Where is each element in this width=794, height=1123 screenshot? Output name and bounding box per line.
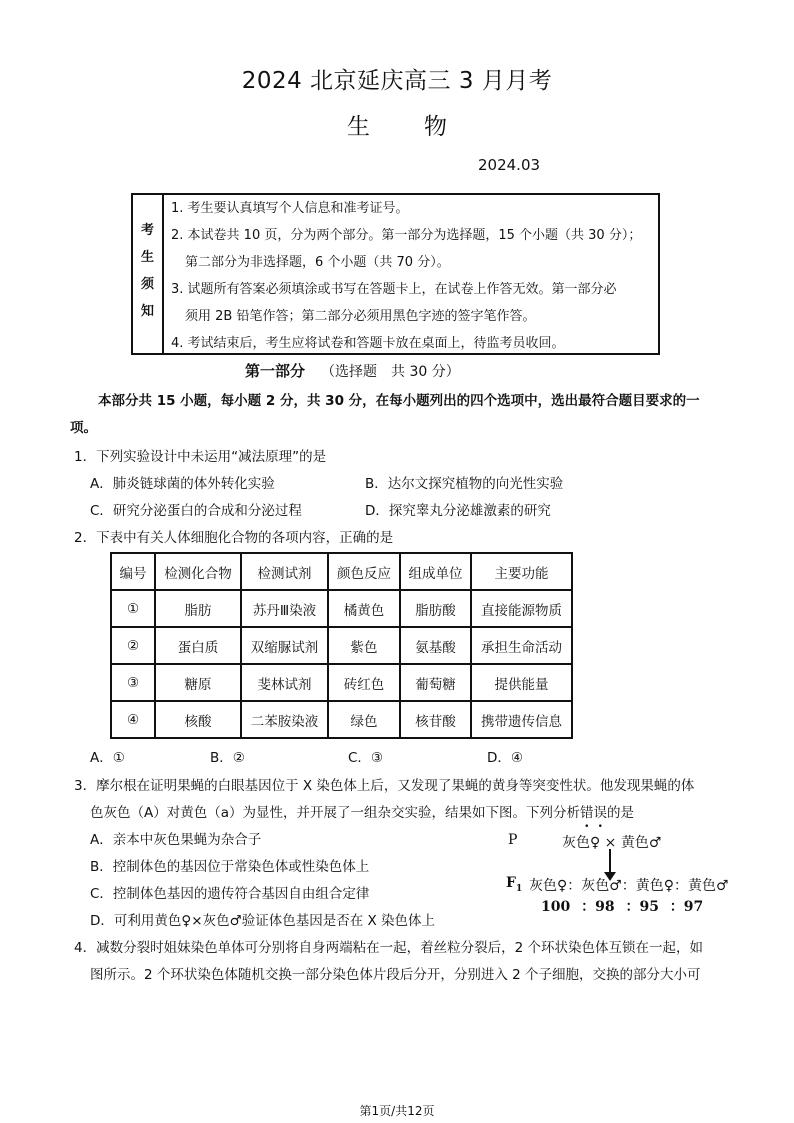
notice-side-label: 考 生 须 知 [133, 195, 164, 353]
table-cell: 核苷酸 [400, 701, 471, 738]
table-header-cell: 编号 [111, 553, 155, 590]
subject-char-1: 生 [347, 108, 370, 141]
genetic-cross-diagram: P 灰色♀ × 黄色♂ F1 灰色♀：灰色♂：黄色♀：黄色♂ 100 ：98 ：… [505, 830, 735, 920]
f1-phenotypes: 灰色♀：灰色♂：黄色♀：黄色♂ [529, 875, 729, 895]
subject-char-2: 物 [424, 108, 447, 141]
parental-cross: 灰色♀ × 黄色♂ [562, 832, 661, 852]
f1-label-text: F [506, 875, 516, 891]
stem-text: 色灰色（A）对黄色（a）为显性，并开展了一组杂交实验，结果如下图。下列分析 [90, 805, 580, 821]
f1-generation-label: F1 [506, 875, 522, 894]
question-3-stem-line-1: 3．摩尔根在证明果蝇的白眼基因位于 X 染色体上后，又发现了果蝇的黄身等突变性状… [74, 774, 694, 794]
question-2-option-c: C．③ [348, 746, 383, 766]
table-cell: 氨基酸 [400, 627, 471, 664]
subject-title: 生物 [0, 108, 794, 141]
notice-side-char: 考 [133, 219, 162, 238]
notice-line: 3. 试题所有答案必须填涂或书写在答题卡上，在试卷上作答无效。第一部分必 [171, 278, 617, 297]
compound-table: 编号 检测化合物 检测试剂 颜色反应 组成单位 主要功能 ① 脂肪 苏丹Ⅲ染液 … [110, 552, 573, 739]
exam-title: 2024 北京延庆高三 3 月月考 [0, 62, 794, 95]
table-cell: 糖原 [155, 664, 241, 701]
exam-date: 2024.03 [478, 156, 540, 174]
stem-text: 的是 [607, 805, 634, 821]
question-1-option-b: B．达尔文探究植物的向光性实验 [365, 472, 563, 492]
table-cell: 脂肪 [155, 590, 241, 627]
emphasis-char: 错 [580, 801, 594, 821]
table-header-cell: 检测试剂 [241, 553, 328, 590]
notice-side-char: 须 [133, 273, 162, 292]
table-header-row: 编号 检测化合物 检测试剂 颜色反应 组成单位 主要功能 [111, 553, 572, 590]
question-2-stem: 2．下表中有关人体细胞化合物的各项内容，正确的是 [74, 526, 393, 546]
section-intro-line-1: 本部分共 15 小题，每小题 2 分，共 30 分，在每小题列出的四个选项中，选… [98, 389, 700, 409]
table-header-cell: 颜色反应 [328, 553, 400, 590]
question-1-option-d: D．探究睾丸分泌雄激素的研究 [365, 499, 551, 519]
table-cell: 绿色 [328, 701, 400, 738]
question-3-option-c: C．控制体色基因的遗传符合基因自由组合定律 [90, 882, 369, 902]
table-cell: ④ [111, 701, 155, 738]
table-cell: 双缩脲试剂 [241, 627, 328, 664]
table-cell: ① [111, 590, 155, 627]
f1-ratio: 100 ：98 ：95 ：97 [541, 896, 703, 916]
notice-line: 1. 考生要认真填写个人信息和准考证号。 [171, 197, 409, 216]
table-cell: 核酸 [155, 701, 241, 738]
question-3-stem-line-2: 色灰色（A）对黄色（a）为显性，并开展了一组杂交实验，结果如下图。下列分析错误的… [90, 801, 634, 821]
notice-line: 4. 考试结束后，考生应将试卷和答题卡放在桌面上，待监考员收回。 [171, 332, 565, 351]
table-row: ④ 核酸 二苯胺染液 绿色 核苷酸 携带遗传信息 [111, 701, 572, 738]
question-3-option-b: B．控制体色的基因位于常染色体或性染色体上 [90, 855, 369, 875]
table-cell: 蛋白质 [155, 627, 241, 664]
table-header-cell: 组成单位 [400, 553, 471, 590]
parental-generation-label: P [508, 832, 517, 848]
f1-label-sub: 1 [516, 884, 522, 894]
question-2-option-a: A．① [90, 746, 125, 766]
question-1-option-a: A．肺炎链球菌的体外转化实验 [90, 472, 275, 492]
table-cell: 提供能量 [471, 664, 572, 701]
table-cell: 二苯胺染液 [241, 701, 328, 738]
question-3-option-a: A．亲本中灰色果蝇为杂合子 [90, 828, 261, 848]
question-4-stem-line-2: 图所示。2 个环状染色体随机交换一部分染色体片段后分开，分别进入 2 个子细胞，… [90, 963, 701, 983]
table-cell: 斐林试剂 [241, 664, 328, 701]
table-cell: ③ [111, 664, 155, 701]
table-row: ② 蛋白质 双缩脲试剂 紫色 氨基酸 承担生命活动 [111, 627, 572, 664]
emphasis-char: 误 [594, 801, 608, 821]
notice-line: 2. 本试卷共 10 页，分为两个部分。第一部分为选择题，15 个小题（共 30… [171, 224, 641, 243]
notice-line: 第二部分为非选择题，6 个小题（共 70 分）。 [185, 251, 450, 270]
section-intro-line-2: 项。 [70, 416, 97, 436]
section-subtitle: （选择题 共 30 分） [321, 364, 460, 380]
table-cell: 橘黄色 [328, 590, 400, 627]
question-3-option-d: D．可利用黄色♀×灰色♂验证体色基因是否在 X 染色体上 [90, 909, 435, 929]
table-header-cell: 主要功能 [471, 553, 572, 590]
notice-line: 须用 2B 铅笔作答；第二部分必须用黑色字迹的签字笔作答。 [185, 305, 535, 324]
question-1-stem: 1．下列实验设计中未运用“减法原理”的是 [74, 445, 326, 465]
table-cell: 砖红色 [328, 664, 400, 701]
candidate-notice-box: 考 生 须 知 1. 考生要认真填写个人信息和准考证号。 2. 本试卷共 10 … [131, 193, 660, 355]
table-cell: 苏丹Ⅲ染液 [241, 590, 328, 627]
table-cell: 葡萄糖 [400, 664, 471, 701]
notice-side-char: 生 [133, 246, 162, 265]
table-cell: 脂肪酸 [400, 590, 471, 627]
section-title: 第一部分 [245, 362, 305, 380]
question-4-stem-line-1: 4．减数分裂时姐妹染色单体可分别将自身两端粘在一起，着丝粒分裂后，2 个环状染色… [74, 936, 703, 956]
page-number: 第1页/共12页 [0, 1102, 794, 1119]
table-row: ① 脂肪 苏丹Ⅲ染液 橘黄色 脂肪酸 直接能源物质 [111, 590, 572, 627]
table-row: ③ 糖原 斐林试剂 砖红色 葡萄糖 提供能量 [111, 664, 572, 701]
section-heading: 第一部分（选择题 共 30 分） [245, 360, 460, 381]
table-cell: ② [111, 627, 155, 664]
table-cell: 携带遗传信息 [471, 701, 572, 738]
table-cell: 承担生命活动 [471, 627, 572, 664]
table-header-cell: 检测化合物 [155, 553, 241, 590]
table-cell: 紫色 [328, 627, 400, 664]
table-cell: 直接能源物质 [471, 590, 572, 627]
question-1-option-c: C．研究分泌蛋白的合成和分泌过程 [90, 499, 302, 519]
question-2-option-b: B．② [210, 746, 245, 766]
notice-side-char: 知 [133, 300, 162, 319]
question-2-option-d: D．④ [487, 746, 523, 766]
